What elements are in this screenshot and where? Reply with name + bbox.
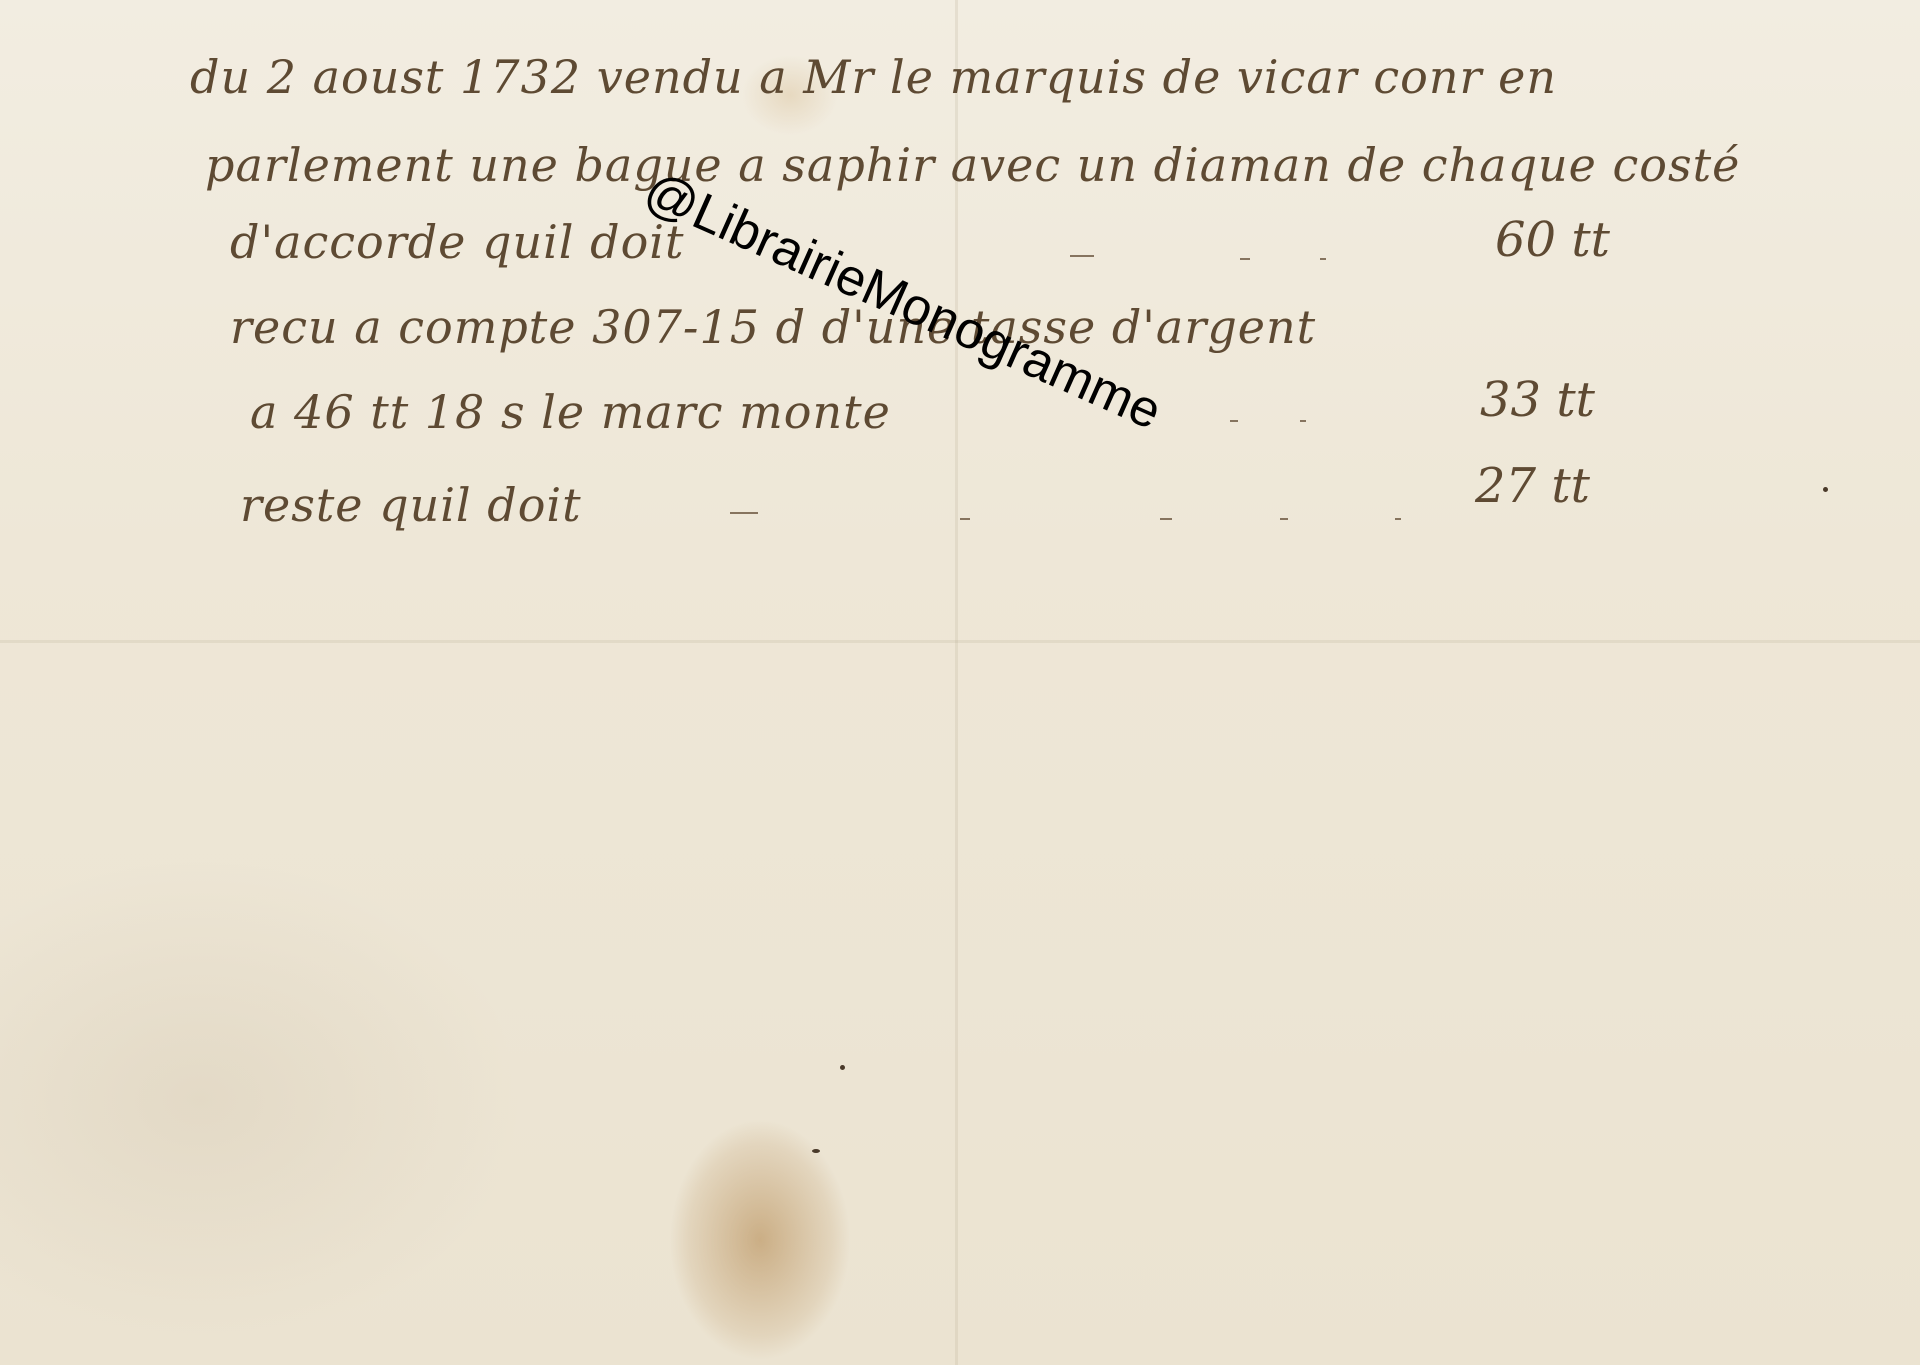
- ink-spot: [840, 1065, 845, 1070]
- filler-dash: [1240, 258, 1250, 260]
- ink-spot: [812, 1149, 820, 1153]
- amount-due: 60 tt: [1495, 212, 1610, 268]
- text-line-4: recu a compte 307-15 d d'une tasse d'arg…: [230, 300, 1316, 354]
- filler-dash: [730, 512, 758, 514]
- filler-dash: [1280, 518, 1288, 520]
- paper-background: [0, 0, 1920, 1365]
- filler-dash: [1395, 518, 1401, 520]
- ink-spot: [1823, 487, 1828, 492]
- amount-remaining: 27 tt: [1475, 458, 1590, 514]
- text-line-3: d'accorde quil doit: [230, 215, 684, 269]
- filler-dash: [1320, 258, 1326, 260]
- filler-dash: [1070, 255, 1094, 257]
- filler-dash: [1230, 420, 1238, 422]
- filler-dash: [1300, 420, 1306, 422]
- text-line-5: a 46 tt 18 s le marc monte: [250, 385, 891, 439]
- paper-fold-horizontal: [0, 640, 1920, 643]
- filler-dash: [960, 518, 970, 520]
- text-line-1: du 2 aoust 1732 vendu a Mr le marquis de…: [190, 50, 1557, 104]
- text-line-2: parlement une bague a saphir avec un dia…: [205, 138, 1740, 192]
- text-line-6: reste quil doit: [240, 478, 582, 532]
- paper-fold-vertical: [955, 0, 958, 1365]
- filler-dash: [1160, 518, 1172, 520]
- amount-received: 33 tt: [1480, 372, 1595, 428]
